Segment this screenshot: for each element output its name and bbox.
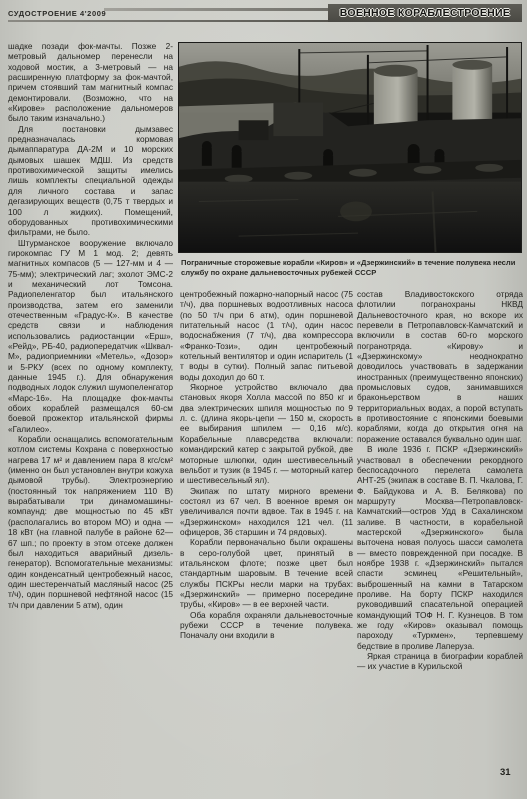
paragraph: В июле 1936 г. ПСКР «Дзержинский» участв… bbox=[357, 444, 523, 651]
section-banner: ВОЕННОЕ КОРАБЛЕСТРОЕНИЕ bbox=[328, 4, 522, 22]
paragraph: Оба корабля охраняли дальневосточные руб… bbox=[180, 610, 353, 641]
paragraph: Штурманское вооружение включало гирокомп… bbox=[8, 238, 173, 435]
paragraph: Корабли оснащались вспомогательным котло… bbox=[8, 434, 173, 610]
photo-illustration bbox=[179, 43, 521, 252]
header-rule-bottom bbox=[8, 20, 328, 22]
paragraph: Экипаж по штату мирного времени состоял … bbox=[180, 486, 353, 538]
header-rule-top bbox=[104, 8, 328, 11]
text-column-middle: центробежный пожарно-напорный насос (75 … bbox=[180, 289, 353, 769]
paragraph: центробежный пожарно-напорный насос (75 … bbox=[180, 289, 353, 382]
page-number: 31 bbox=[500, 767, 511, 778]
paragraph: Яркая страница в биографии кораблей — их… bbox=[357, 651, 523, 672]
text-column-left: шадке позади фок-мачты. Позже 2-метровый… bbox=[8, 41, 173, 767]
photo-caption: Пограничные сторожевые корабли «Киров» и… bbox=[181, 258, 527, 277]
paragraph: Якорное устройство включало два становых… bbox=[180, 382, 353, 485]
magazine-page: СУДОСТРОЕНИЕ 4'2009 ВОЕННОЕ КОРАБЛЕСТРОЕ… bbox=[0, 0, 527, 799]
paragraph: состав Владивостокского отряда флотилии … bbox=[357, 289, 523, 444]
paragraph: шадке позади фок-мачты. Позже 2-метровый… bbox=[8, 41, 173, 124]
journal-title: СУДОСТРОЕНИЕ 4'2009 bbox=[8, 9, 106, 18]
ships-photo bbox=[178, 42, 522, 253]
paragraph: Для постановки дымзавес предназначалась … bbox=[8, 124, 173, 238]
paragraph: Корабли первоначально были окрашены в се… bbox=[180, 537, 353, 609]
text-column-right: состав Владивостокского отряда флотилии … bbox=[357, 289, 523, 769]
